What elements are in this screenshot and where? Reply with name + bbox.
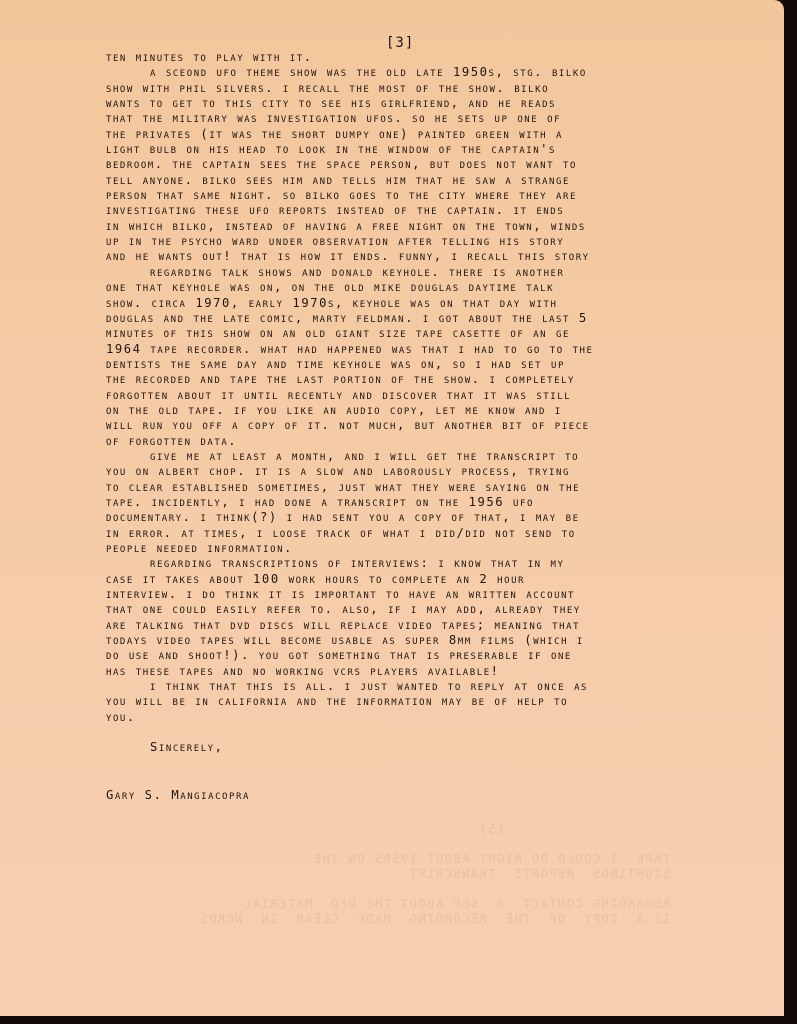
text-line: 1964 tape recorder. What had happened wa…	[106, 342, 726, 357]
text-line: forgotten about it until recently and di…	[106, 388, 726, 403]
text-line: on the old tape. If you like an audio co…	[106, 403, 726, 418]
text-line: are talking that DVD discs will replace …	[106, 618, 726, 633]
text-line: Regarding transcriptions of interviews: …	[106, 556, 726, 571]
text-line: of forgotten data.	[106, 434, 726, 449]
text-line: investigating these UFO reports instead …	[106, 203, 726, 218]
text-line: one that Keyhole was on, on the old Mike…	[106, 280, 726, 295]
text-line: dentists the same day and time Keyhole w…	[106, 357, 726, 372]
text-line: you will be in California and the inform…	[106, 694, 726, 709]
scan-edge-bottom	[0, 1016, 797, 1024]
scan-edge-right	[784, 0, 797, 1024]
text-line: up in the psycho ward under observation …	[106, 234, 726, 249]
text-line: tell anyone. Bilko sees him and tells hi…	[106, 173, 726, 188]
text-line: bedroom. The captain sees the space pers…	[106, 157, 726, 172]
text-line: Ten minutes to play with it.	[106, 50, 726, 65]
text-line: the recorded and tape the last portion o…	[106, 372, 726, 387]
text-line: has these tapes and no working VCRS play…	[106, 664, 726, 679]
text-line: I think that this is all. I just wanted …	[106, 679, 726, 694]
text-line: you on Albert Chop. It is a slow and lab…	[106, 464, 726, 479]
text-line: in error. At times, I loose track of wha…	[106, 526, 726, 541]
text-line: interview. I do think it is important to…	[106, 587, 726, 602]
text-line: that the military was investigation UFOs…	[106, 111, 726, 126]
text-line: person that same night. So Bilko goes to…	[106, 188, 726, 203]
text-line: people needed information.	[106, 541, 726, 556]
text-line: show. Circa 1970, early 1970s, Keyhole w…	[106, 296, 726, 311]
text-line: and he wants out! That is how it ends. F…	[106, 249, 726, 264]
text-line: Regarding talk shows and Donald Keyhole.…	[106, 265, 726, 280]
text-line: the privates (it was the short dumpy one…	[106, 127, 726, 142]
show-through-text: [5] tape I could do right about 1950s on…	[110, 822, 670, 927]
text-line: minutes of this show on an old giant siz…	[106, 326, 726, 341]
text-line: tape. Incidently, I had done a transcrip…	[106, 495, 726, 510]
text-line: A sceond UFO theme show was the old late…	[106, 65, 726, 80]
text-line: Give me at least a month, and I will get…	[106, 449, 726, 464]
closing: Sincerely,	[150, 740, 224, 754]
text-line: that one could easily refer to. Also, if…	[106, 602, 726, 617]
text-line: you.	[106, 710, 726, 725]
text-line: do use and shoot!). You got something th…	[106, 648, 726, 663]
text-line: will run you off a copy of it. Not much,…	[106, 418, 726, 433]
text-line: todays video tapes will become usable as…	[106, 633, 726, 648]
text-line: documentary. I think(?) I had sent you a…	[106, 510, 726, 525]
text-line: wants to get to this city to see his gir…	[106, 96, 726, 111]
text-line: in which Bilko, instead of having a free…	[106, 219, 726, 234]
letter-body: Ten minutes to play with it.A sceond UFO…	[106, 50, 726, 725]
letter-page: [5] tape I could do right about 1950s on…	[0, 0, 784, 1016]
text-line: show with Phil Silvers. I recall the mos…	[106, 81, 726, 96]
signature: Gary S. Mangiacopra	[106, 788, 250, 802]
text-line: light bulb on his head to look in the wi…	[106, 142, 726, 157]
text-line: to clear established sometimes, just wha…	[106, 480, 726, 495]
text-line: Douglas and the late comic, Marty Feldma…	[106, 311, 726, 326]
page-number: [3]	[386, 35, 414, 51]
text-line: case it takes about 100 work hours to co…	[106, 572, 726, 587]
